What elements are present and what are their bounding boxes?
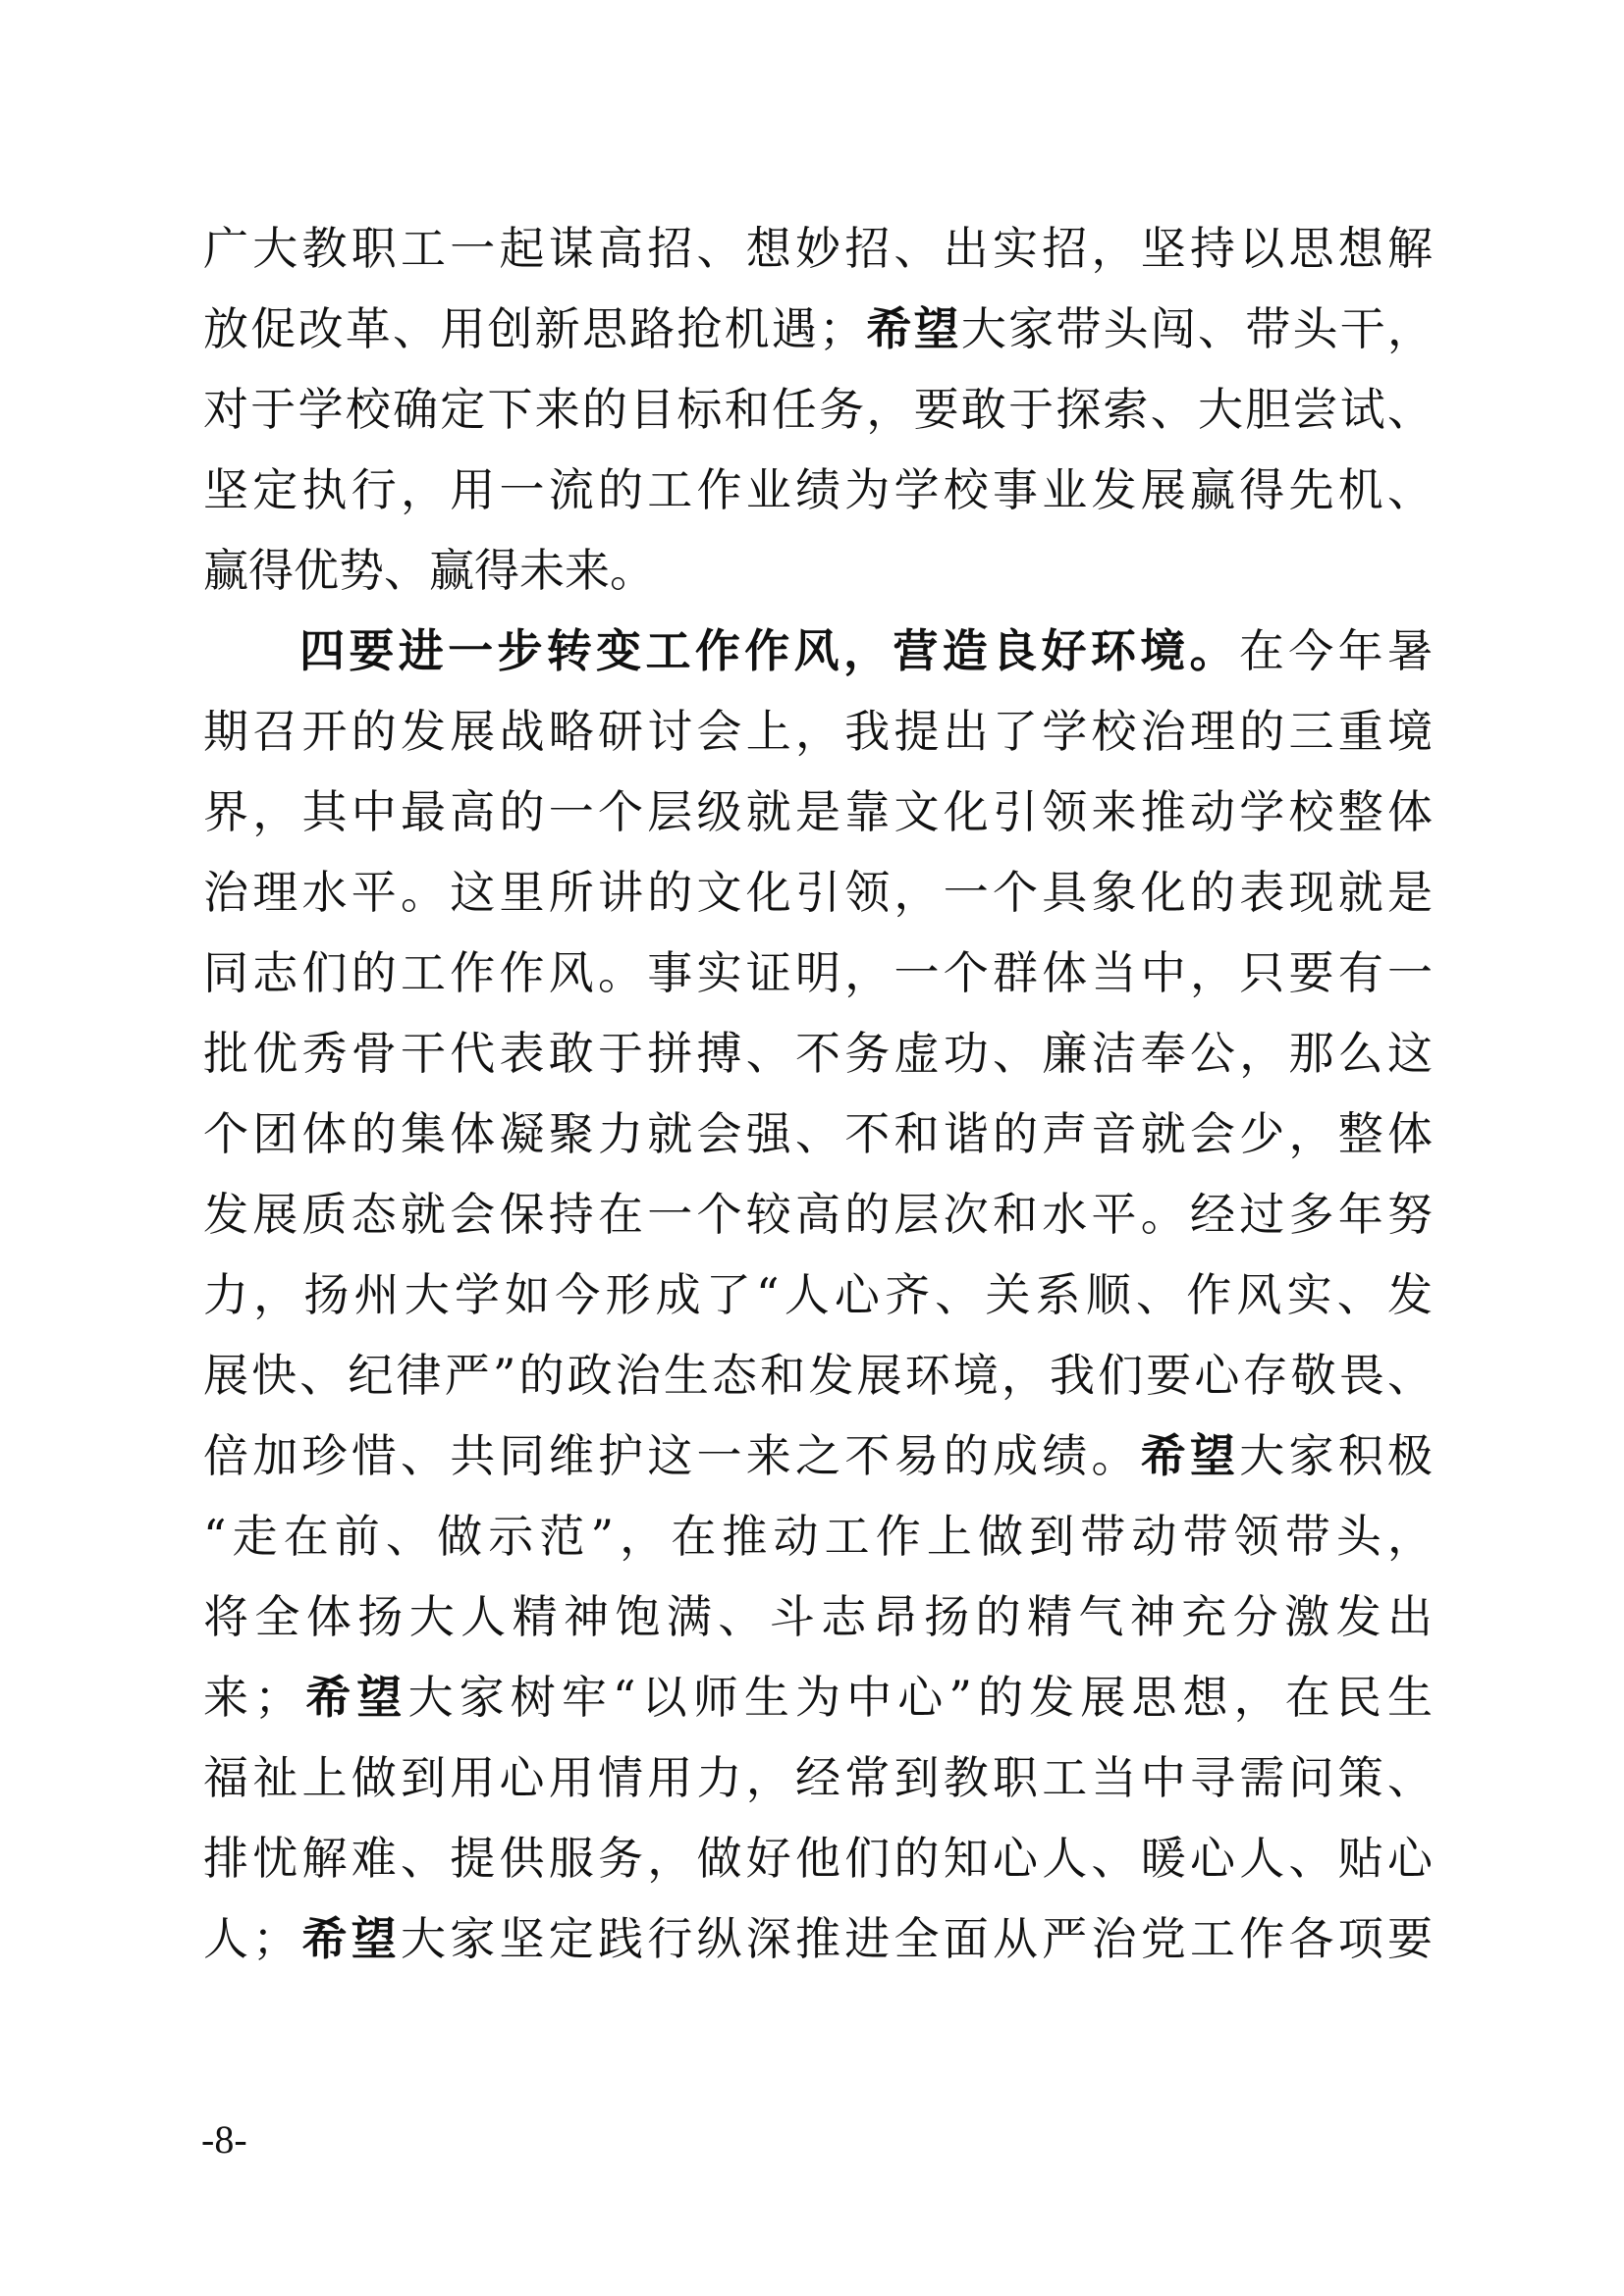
page-number: -8- [201,2110,247,2169]
text-segment: 期召开的发展战略研讨会上，我提出了学校治理的三重境 [203,705,1433,758]
text-segment: 福祉上做到用心用情用力，经常到教职工当中寻需问策、 [203,1751,1433,1804]
text-line: 将全体扬大人精神饱满、斗志昂扬的精气神充分激发出 [203,1576,1433,1657]
text-line: 个团体的集体凝聚力就会强、不和谐的声音就会少，整体 [203,1094,1433,1174]
text-line: 坚定执行，用一流的工作业绩为学校事业发展赢得先机、 [203,450,1433,530]
text-line: 治理水平。这里所讲的文化引领，一个具象化的表现就是 [203,852,1433,933]
text-line: 期召开的发展战略研讨会上，我提出了学校治理的三重境 [203,691,1433,772]
text-segment: 放促改革、用创新思路抢机遇； [203,302,864,355]
text-segment: 对于学校确定下来的目标和任务，要敢于探索、大胆尝试、 [203,383,1433,436]
text-segment: “走在前、做示范”，在推动工作上做到带动带领带头， [203,1510,1433,1563]
text-segment: 排忧解难、提供服务，做好他们的知心人、暖心人、贴心 [203,1832,1433,1885]
text-line: 四要进一步转变工作作风，营造良好环境。在今年暑 [203,611,1433,691]
text-line: 倍加珍惜、共同维护这一来之不易的成绩。希望大家积极 [203,1415,1433,1496]
text-segment: 界，其中最高的一个层级就是靠文化引领来推动学校整体 [203,785,1433,838]
text-line: 力，扬州大学如今形成了“人心齐、关系顺、作风实、发 [203,1255,1433,1335]
text-segment: 广大教职工一起谋高招、想妙招、出实招，坚持以思想解 [203,222,1433,275]
text-segment: 来； [203,1671,299,1724]
text-line: 展快、纪律严”的政治生态和发展环境，我们要心存敬畏、 [203,1335,1433,1415]
text-line: 福祉上做到用心用情用力，经常到教职工当中寻需问策、 [203,1737,1433,1818]
text-segment: 力，扬州大学如今形成了“人心齐、关系顺、作风实、发 [203,1268,1433,1321]
text-segment: 展快、纪律严”的政治生态和发展环境，我们要心存敬畏、 [203,1349,1433,1402]
emphasis-text: 希望 [864,302,961,355]
text-line: 放促改革、用创新思路抢机遇；希望大家带头闯、带头干， [203,289,1433,369]
text-segment: 人； [203,1912,298,1965]
text-segment: 大家积极 [1239,1429,1433,1482]
text-segment: 将全体扬大人精神饱满、斗志昂扬的精气神充分激发出 [203,1590,1433,1643]
text-segment: 治理水平。这里所讲的文化引领，一个具象化的表现就是 [203,866,1433,919]
text-line: 发展质态就会保持在一个较高的层次和水平。经过多年努 [203,1174,1433,1255]
text-segment: 大家树牢“以师生为中心”的发展思想，在民生 [408,1671,1434,1724]
text-line: 人；希望大家坚定践行纵深推进全面从严治党工作各项要 [203,1898,1433,1979]
text-line: 广大教职工一起谋高招、想妙招、出实招，坚持以思想解 [203,208,1433,289]
emphasis-text: 希望 [298,1912,401,1965]
text-line: 同志们的工作作风。事实证明，一个群体当中，只要有一 [203,933,1433,1013]
text-segment: 坚定执行，用一流的工作业绩为学校事业发展赢得先机、 [203,463,1433,516]
body-text: 广大教职工一起谋高招、想妙招、出实招，坚持以思想解放促改革、用创新思路抢机遇；希… [203,208,1433,1979]
text-line: 来；希望大家树牢“以师生为中心”的发展思想，在民生 [203,1657,1433,1737]
text-segment: 个团体的集体凝聚力就会强、不和谐的声音就会少，整体 [203,1107,1433,1160]
emphasis-text: 希望 [1141,1429,1240,1482]
text-segment: 大家带头闯、带头干， [961,302,1433,355]
text-segment: 发展质态就会保持在一个较高的层次和水平。经过多年努 [203,1188,1433,1241]
text-segment: 同志们的工作作风。事实证明，一个群体当中，只要有一 [203,946,1433,999]
emphasis-text: 四要进一步转变工作作风，营造良好环境。 [299,624,1239,677]
text-line: “走在前、做示范”，在推动工作上做到带动带领带头， [203,1496,1433,1576]
text-line: 赢得优势、赢得未来。 [203,530,1433,611]
text-line: 对于学校确定下来的目标和任务，要敢于探索、大胆尝试、 [203,369,1433,450]
emphasis-text: 希望 [299,1671,407,1724]
text-segment: 倍加珍惜、共同维护这一来之不易的成绩。 [203,1429,1141,1482]
text-segment: 大家坚定践行纵深推进全面从严治党工作各项要 [401,1912,1433,1965]
text-segment: 批优秀骨干代表敢于拼搏、不务虚功、廉洁奉公，那么这 [203,1027,1433,1080]
text-segment: 在今年暑 [1239,624,1433,677]
text-line: 批优秀骨干代表敢于拼搏、不务虚功、廉洁奉公，那么这 [203,1013,1433,1094]
document-page: 广大教职工一起谋高招、想妙招、出实招，坚持以思想解放促改革、用创新思路抢机遇；希… [0,0,1624,2296]
text-line: 界，其中最高的一个层级就是靠文化引领来推动学校整体 [203,772,1433,852]
text-segment: 赢得优势、赢得未来。 [203,544,655,597]
text-line: 排忧解难、提供服务，做好他们的知心人、暖心人、贴心 [203,1818,1433,1898]
